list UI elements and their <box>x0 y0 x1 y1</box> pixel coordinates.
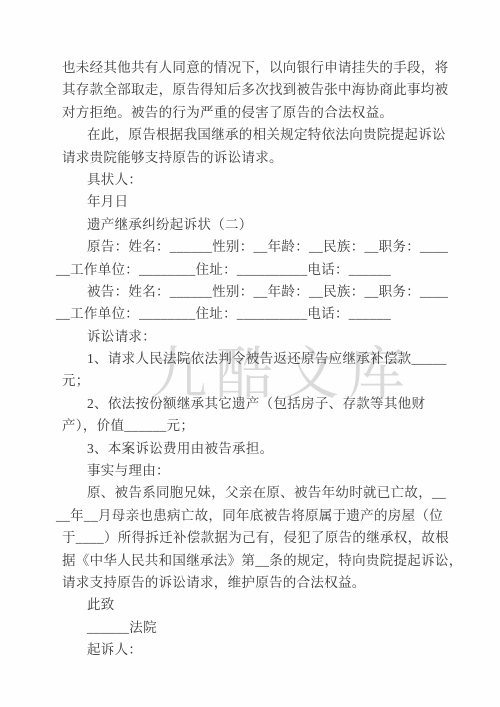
court-line: ______法院 <box>62 617 444 639</box>
prosecutor-label: 起诉人： <box>62 639 444 661</box>
claim-item: 元； <box>62 370 444 392</box>
document-page: 九酷文库 也未经其他共有人同意的情况下，以向银行申请挂失的手段，将 其存款全部取… <box>0 0 500 707</box>
signer-label: 具状人： <box>62 169 444 191</box>
facts-line: __年__月母亲也患病亡故，同年底被告将原属于遗产的房屋（位 <box>56 505 444 527</box>
facts-line: 据《中华人民共和国继承法》第__条的规定，特向贵院提起诉讼， <box>62 550 444 572</box>
claim-item: 1、请求人民法院依法判令被告返还原告应继承补偿款_____ <box>62 348 444 370</box>
doc-line: 对方拒绝。被告的行为严重的侵害了原告的合法权益。 <box>62 102 444 124</box>
defendant-info-line: __工作单位：________住址：__________电话：______ <box>56 303 444 325</box>
doc-line: 请求贵院能够支持原告的诉讼请求。 <box>62 147 444 169</box>
doc-line: 也未经其他共有人同意的情况下，以向银行申请挂失的手段，将 <box>62 57 444 79</box>
facts-line: 于____）所得拆迁补偿款据为己有，侵犯了原告的继承权，故根 <box>62 527 444 549</box>
doc-line: 在此，原告根据我国继承的相关规定特依法向贵院提起诉讼 <box>62 124 444 146</box>
defendant-info-line: 被告：姓名：______性别：__年龄：__民族：__职务：____ <box>62 281 444 303</box>
claim-item: 产），价值______元； <box>62 415 444 437</box>
date-line: 年月日 <box>62 191 444 213</box>
document-body: 也未经其他共有人同意的情况下，以向银行申请挂失的手段，将 其存款全部取走，原告得… <box>62 57 444 662</box>
facts-line: 请求支持原告的诉讼请求，维护原告的合法权益。 <box>62 572 444 594</box>
facts-line: 原、被告系同胞兄妹，父亲在原、被告年幼时就已亡故，__ <box>62 482 444 504</box>
plaintiff-info-line: __工作单位：________住址：__________电话：______ <box>56 259 444 281</box>
salutation-line: 此致 <box>62 594 444 616</box>
plaintiff-info-line: 原告：姓名：______性别：__年龄：__民族：__职务：____ <box>62 236 444 258</box>
claim-item: 3、本案诉讼费用由被告承担。 <box>62 438 444 460</box>
doc-line: 其存款全部取走，原告得知后多次找到被告张中海协商此事均被 <box>62 79 444 101</box>
facts-heading: 事实与理由： <box>62 460 444 482</box>
doc-title: 遗产继承纠纷起诉状（二） <box>62 214 444 236</box>
claims-heading: 诉讼请求： <box>62 326 444 348</box>
claim-item: 2、依法按份额继承其它遗产（包括房子、存款等其他财 <box>62 393 444 415</box>
